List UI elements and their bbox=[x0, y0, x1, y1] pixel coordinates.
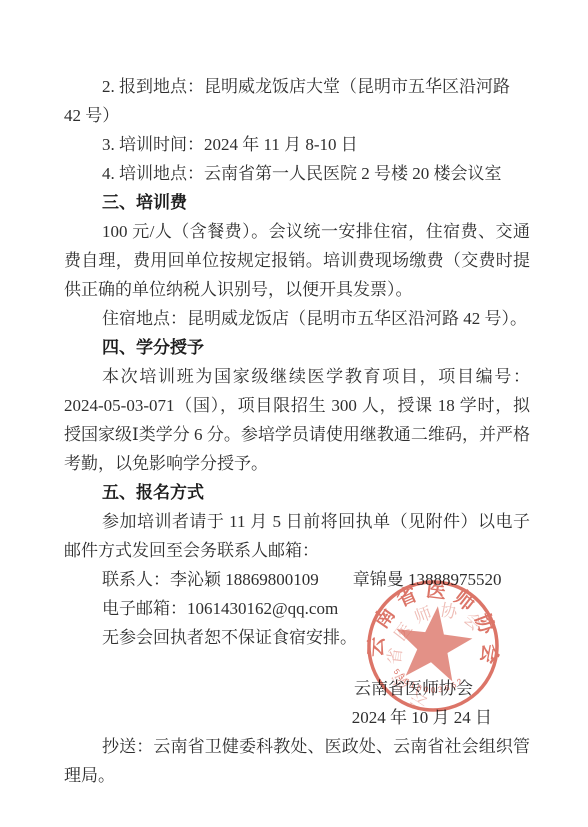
section-heading-registration: 五、报名方式 bbox=[64, 478, 530, 507]
training-fee-paragraph: 100 元/人（含餐费）。会议统一安排住宿，住宿费、交通费自理，费用回单位按规定… bbox=[64, 217, 530, 304]
training-time-line: 3. 培训时间：2024 年 11 月 8-10 日 bbox=[64, 130, 530, 159]
signature-block: 云南省医师协会 2024 年 10 月 24 日 bbox=[64, 674, 530, 732]
credits-paragraph: 本次培训班为国家级继续医学教育项目，项目编号：2024-05-03-071（国）… bbox=[64, 362, 530, 478]
accommodation-line: 住宿地点：昆明威龙饭店（昆明市五华区沿河路 42 号）。 bbox=[64, 304, 530, 333]
signature-organization: 云南省医师协会 bbox=[64, 674, 530, 703]
no-reply-notice-line: 无参会回执者恕不保证食宿安排。 bbox=[64, 623, 530, 652]
training-location-line: 4. 培训地点：云南省第一人民医院 2 号楼 20 楼会议室 bbox=[64, 159, 530, 188]
email-line: 电子邮箱：1061430162@qq.com bbox=[64, 594, 530, 623]
report-location-line: 2. 报到地点：昆明威龙饭店大堂（昆明市五华区沿河路 42 号） bbox=[64, 72, 530, 130]
section-heading-training-fee: 三、培训费 bbox=[64, 188, 530, 217]
document-page: 2. 报到地点：昆明威龙饭店大堂（昆明市五华区沿河路 42 号） 3. 培训时间… bbox=[0, 0, 588, 827]
section-heading-credits: 四、学分授予 bbox=[64, 333, 530, 362]
registration-paragraph: 参加培训者请于 11 月 5 日前将回执单（见附件）以电子邮件方式发回至会务联系… bbox=[64, 507, 530, 565]
cc-line: 抄送：云南省卫健委科教处、医政处、云南省社会组织管理局。 bbox=[64, 732, 530, 790]
document-body: 2. 报到地点：昆明威龙饭店大堂（昆明市五华区沿河路 42 号） 3. 培训时间… bbox=[64, 72, 530, 790]
contacts-line: 联系人：李沁颖 18869800109 章锦曼 13888975520 bbox=[64, 565, 530, 594]
signature-date: 2024 年 10 月 24 日 bbox=[64, 703, 530, 732]
